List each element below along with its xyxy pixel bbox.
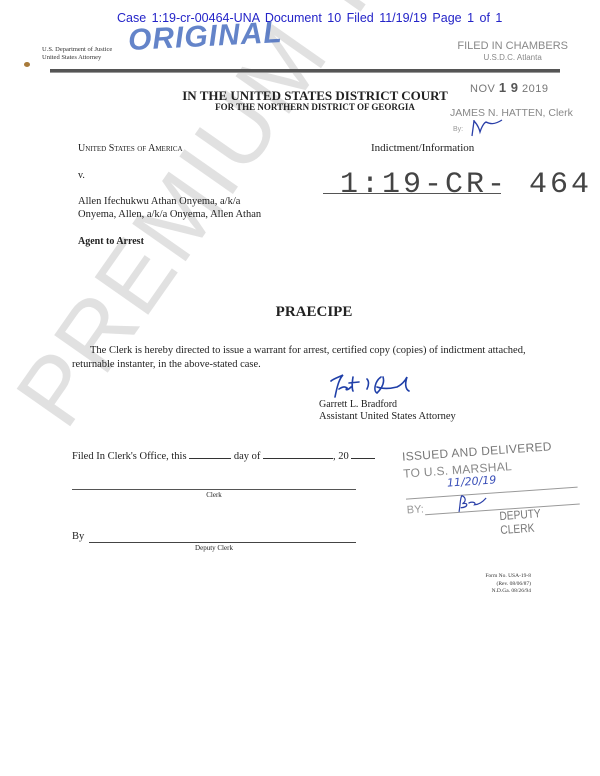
agent-to-arrest-label: Agent to Arrest <box>78 236 144 247</box>
deputy-clerk-label: Deputy Clerk <box>72 544 356 552</box>
praecipe-body: The Clerk is hereby directed to issue a … <box>72 344 542 372</box>
filed-in-chambers-location: U.S.D.C. Atlanta <box>457 53 568 62</box>
attorney-title: Assistant United States Attorney <box>319 411 456 422</box>
attorney-name: Garrett L. Bradford <box>319 399 397 410</box>
versus-label: v. <box>78 170 85 181</box>
form-revision: (Rev. 08/06/87) <box>440 581 531 589</box>
filed-in-clerk-office-line: Filed In Clerk's Office, this day of , 2… <box>72 448 375 462</box>
issued-stamp-deputy-clerk: DEPUTY CLERK <box>499 504 576 537</box>
by-label: By <box>72 531 84 542</box>
watermark: PREMIUM TIMES <box>0 0 538 446</box>
year-prefix-label: , 20 <box>333 451 349 462</box>
month-blank[interactable] <box>263 448 333 459</box>
filed-date-year: 2019 <box>522 83 548 95</box>
defendant-line-1: Allen Ifechukwu Athan Onyema, a/k/a <box>78 195 261 208</box>
case-number-stamp: 1:19-CR- 464 <box>340 168 592 202</box>
defendant-line-2: Onyema, Allen, a/k/a Onyema, Allen Athan <box>78 208 261 221</box>
filed-prefix-label: Filed In Clerk's Office, this <box>72 451 187 462</box>
indictment-label: Indictment/Information <box>371 142 474 154</box>
day-of-label: day of <box>234 451 261 462</box>
clerk-by-label: By: <box>453 126 463 133</box>
document-title: PRAECIPE <box>0 304 600 321</box>
day-blank[interactable] <box>189 448 231 459</box>
form-number: Form No. USA-19-8 (Rev. 08/06/87) N.D.Ga… <box>440 573 531 596</box>
filed-date-month: NOV <box>470 83 495 95</box>
letterhead-office: United States Attorney <box>42 54 112 62</box>
defendant-name: Allen Ifechukwu Athan Onyema, a/k/a Onye… <box>78 195 261 221</box>
clerk-signature-line[interactable] <box>72 489 356 490</box>
plaintiff-name: United States of America <box>78 143 183 154</box>
original-stamp: ORIGINAL <box>127 16 283 58</box>
form-number-line-1: Form No. USA-19-8 <box>440 573 531 581</box>
filed-date-day: 1 9 <box>499 80 519 95</box>
filed-in-chambers-label: FILED IN CHAMBERS <box>457 40 568 52</box>
issued-stamp-date: 11/20/19 <box>447 473 497 489</box>
filed-in-chambers-stamp: FILED IN CHAMBERS U.S.D.C. Atlanta <box>457 40 568 62</box>
issued-stamp-line-1: ISSUED AND DELIVERED <box>402 439 553 463</box>
filed-date-stamp: NOV 1 9 2019 <box>470 80 549 95</box>
year-blank[interactable] <box>351 448 375 459</box>
form-district-date: N.D.Ga. 08/26/94 <box>440 588 531 596</box>
clerk-initials-signature-icon <box>468 116 508 138</box>
letterhead-department: U.S. Department of Justice <box>42 46 112 54</box>
stain-mark <box>24 62 30 67</box>
letterhead: U.S. Department of Justice United States… <box>42 46 112 61</box>
issued-and-delivered-stamp: ISSUED AND DELIVERED TO U.S. MARSHAL 11/… <box>398 429 590 547</box>
issued-stamp-by: BY: <box>406 503 424 516</box>
deputy-clerk-signature-line[interactable] <box>89 542 356 543</box>
deputy-clerk-initials-icon <box>452 492 493 515</box>
attorney-signature-icon <box>327 371 437 401</box>
clerk-label: Clerk <box>72 491 356 499</box>
letterhead-rule <box>50 69 560 73</box>
case-number-underline <box>323 193 501 194</box>
